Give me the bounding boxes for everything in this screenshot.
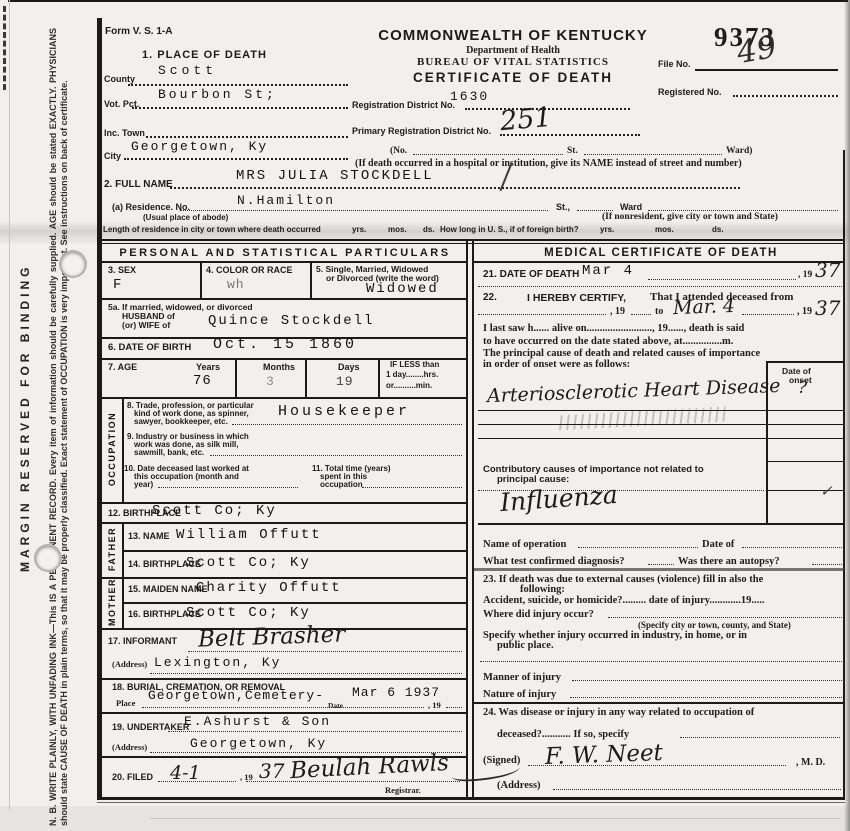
total-time-line (362, 487, 462, 488)
operation-date-label: Date of (702, 539, 734, 550)
row-line (102, 397, 466, 399)
row-line (122, 550, 466, 552)
where-injury-label: Where did injury occur? (483, 609, 594, 620)
manner-injury-line (572, 680, 842, 681)
inc-town-line (146, 136, 348, 138)
cell-line (310, 261, 312, 298)
registered-no-label: Registered No. (658, 87, 722, 97)
residence-ward-line (648, 210, 838, 211)
occupation-strip-line (122, 397, 124, 502)
no-line (413, 154, 563, 155)
row-line (102, 298, 466, 300)
foreign-birth-label: How long in U. S., if of foreign birth? (440, 225, 579, 234)
age-days-label: Days (338, 362, 360, 372)
no-label: (No. (390, 146, 407, 156)
if-less-label-3: or..........min. (386, 381, 432, 390)
city-label: City (104, 151, 121, 161)
registrar-label: Registrar. (385, 785, 421, 795)
certify-to-line (742, 314, 794, 315)
residence-value: N.Hamilton (237, 193, 335, 208)
age-days-value: 19 (336, 374, 354, 389)
signed-line (528, 765, 786, 766)
row-line (102, 522, 466, 524)
father-name-value: William Offutt (176, 527, 322, 543)
residence-st-label: St., (556, 202, 570, 212)
informant-address-value: Lexington, Ky (154, 655, 281, 670)
specify-city-note: (Specify city or town, county, and State… (638, 620, 791, 630)
contributory-onset-value: ✓ (820, 482, 833, 500)
undertaker-line (168, 731, 462, 732)
ds-label-2: ds. (712, 225, 724, 234)
center-divider-1 (466, 239, 468, 797)
registered-no-line (733, 95, 838, 97)
scan-bottom-line (150, 818, 840, 819)
burial-year-label: , 19 (428, 700, 441, 710)
where-injury-line (608, 617, 842, 618)
trade-line (232, 424, 462, 425)
cause-rule-2 (478, 424, 843, 425)
certify-from-19: , 19 (610, 306, 625, 317)
test-line (648, 564, 674, 565)
if-less-label-1: IF LESS than (390, 360, 439, 369)
registrar-signature: Beulah Rawls (289, 750, 449, 784)
row-line (474, 702, 844, 704)
industry-line (210, 455, 462, 456)
burial-date-value: Mar 6 1937 (352, 685, 440, 700)
burial-place-value: Georgetown,Cemetery- (148, 688, 324, 703)
punch-hole-top (61, 252, 85, 276)
sex-label: 3. SEX (108, 265, 136, 275)
table-top-line-2 (97, 243, 845, 244)
age-label: 7. AGE (108, 362, 137, 372)
operation-label: Name of operation (483, 539, 566, 550)
vot-pct-value: Bourbon St; (158, 87, 277, 102)
dod-value: Mar 4 (582, 263, 634, 279)
occupation-side-label: OCCUPATION (107, 409, 117, 489)
dob-label: 6. DATE OF BIRTH (108, 342, 191, 353)
margin-instructions-note: N. B. WRITE PLAINLY, WITH UNFADING INK—T… (48, 28, 70, 826)
md-label: , M. D. (796, 757, 825, 768)
center-divider-2 (472, 239, 474, 797)
onset-rule-1 (766, 461, 843, 462)
full-name-line (170, 187, 740, 189)
cause-rule-4 (478, 523, 843, 525)
manner-injury-label: Manner of injury (483, 672, 561, 683)
row-line (102, 577, 466, 579)
age-months-label: Months (263, 362, 295, 372)
principal-cause-text-1: The principal cause of death and related… (483, 348, 760, 359)
filed-line-1 (158, 781, 236, 782)
last-worked-label-3: year) (134, 480, 153, 489)
reg-district-value: 1630 (450, 89, 489, 104)
st-label: St. (567, 146, 578, 156)
nonresident-note: (If nonresident, give city or town and S… (602, 212, 778, 222)
primary-reg-value: 251 (499, 102, 553, 137)
dob-value: Oct. 15 1860 (213, 336, 357, 353)
residence-label: (a) Residence. No. (112, 202, 190, 212)
filed-line-2 (246, 781, 460, 782)
mother-side-label: MOTHER (107, 577, 117, 627)
row-line (122, 602, 466, 604)
father-bp-value: Scott Co; Ky (186, 555, 311, 571)
yrs-label-2: yrs. (600, 225, 614, 234)
burial-year-line (446, 707, 462, 708)
undertaker-value: E.Ashurst & Son (184, 714, 331, 729)
certificate-title: CERTIFICATE OF DEATH (343, 70, 683, 85)
burial-place-label: Place (116, 698, 135, 708)
dod-19-label: , 19 (798, 270, 812, 280)
occurred-text: to have occurred on the date stated abov… (483, 336, 733, 347)
race-value: wh (227, 277, 245, 292)
certify-from-line (478, 314, 606, 315)
if-less-label-2: 1 day........hrs. (386, 370, 438, 379)
certificate-right-border (843, 150, 845, 797)
burial-line (142, 707, 424, 708)
file-number-written: 49 (734, 29, 779, 71)
trade-label-3: sawyer, bookkeeper, etc. (134, 417, 228, 426)
informant-line (188, 651, 462, 652)
primary-reg-line (500, 134, 640, 136)
binding-marks (3, 6, 6, 90)
external-causes-text-2: following: (520, 584, 565, 595)
certify-to-year: 37 (815, 296, 840, 320)
contributory-value: Influenza (499, 480, 618, 517)
operation-date-line (742, 547, 842, 548)
undertaker-address-value: Georgetown, Ky (190, 736, 327, 751)
margin-binding-note: MARGIN RESERVED FOR BINDING (18, 80, 32, 572)
accident-text: Accident, suicide, or homicide?.........… (483, 595, 765, 606)
informant-label: 17. INFORMANT (108, 636, 177, 646)
mos-label-1: mos. (388, 225, 407, 234)
total-time-label-3: occupation (320, 480, 363, 489)
mother-name-value: Charity Offutt (196, 580, 342, 596)
row-line (474, 261, 844, 263)
city-value: Georgetown, Ky (131, 139, 268, 154)
father-name-label: 13. NAME (128, 531, 170, 541)
abode-note: (Usual place of abode) (143, 213, 228, 222)
certificate-left-border (97, 18, 102, 800)
county-label: County (104, 74, 135, 84)
primary-reg-label: Primary Registration District No. (352, 126, 491, 136)
informant-value: Belt Brasher (198, 621, 346, 652)
place-of-death-heading: 1. PLACE OF DEATH (142, 49, 267, 61)
row-line (102, 261, 466, 263)
cell-line (305, 358, 307, 397)
dod-label: 21. DATE OF DEATH (483, 269, 579, 280)
operation-line (578, 547, 698, 548)
certify-19-line (631, 314, 651, 315)
signed-label: (Signed) (483, 755, 520, 766)
commonwealth-title: COMMONWEALTH OF KENTUCKY (343, 27, 683, 44)
st-line (584, 154, 722, 155)
dod-year-value: 37 (815, 258, 840, 282)
reg-district-label: Registration District No. (352, 100, 455, 110)
marital-value: Widowed (366, 281, 439, 297)
ward-label: Ward) (726, 146, 752, 156)
last-saw-text: I last saw h...... alive on.............… (483, 323, 744, 334)
file-no-label: File No. (658, 59, 691, 69)
row-line (102, 678, 466, 680)
dod-line (648, 279, 796, 280)
cause-of-death-value: Arteriosclerotic Heart Disease (487, 375, 781, 407)
personal-section-title: PERSONAL AND STATISTICAL PARTICULARS (110, 247, 460, 259)
age-years-value: 76 (193, 373, 212, 389)
county-value: Scott (158, 63, 217, 78)
length-residence-label: Length of residence in city or town wher… (103, 225, 321, 234)
file-no-line (695, 69, 838, 71)
physician-address-label: (Address) (497, 780, 541, 791)
filed-year-value: 37 (259, 759, 284, 783)
autopsy-line (812, 564, 842, 565)
death-certificate-scan: MARGIN RESERVED FOR BINDING N. B. WRITE … (0, 0, 850, 831)
residence-line (180, 210, 548, 211)
cause-onset-value: ? (798, 378, 807, 398)
informant-address-line (150, 673, 462, 674)
yrs-label-1: yrs. (352, 225, 366, 234)
separator-dotted-1 (478, 286, 842, 287)
occupation-question-2: deceased?........... If so, specify (497, 729, 629, 740)
last-worked-line (158, 487, 298, 488)
full-name-value: MRS JULIA STOCKDELL (236, 168, 434, 184)
birthplace-value: Scott Co; Ky (152, 503, 277, 519)
medical-section-title: MEDICAL CERTIFICATE OF DEATH (486, 247, 836, 259)
informant-address-label: (Address) (112, 659, 147, 669)
form-number: Form V. S. 1-A (105, 26, 172, 37)
ds-label-1: ds. (423, 225, 435, 234)
certify-to-19: , 19 (797, 306, 812, 317)
test-label: What test confirmed diagnosis? (483, 556, 624, 567)
county-line (128, 84, 348, 86)
spouse-value: Quince Stockdell (208, 313, 374, 329)
trade-value: Housekeeper (278, 403, 410, 420)
certify-bold-text: I HEREBY CERTIFY, (527, 292, 626, 304)
onset-box-top-line (766, 361, 843, 363)
if-so-specify-line (680, 737, 840, 738)
father-side-label: FATHER (107, 524, 117, 574)
cell-line (378, 358, 380, 397)
bureau-subtitle: BUREAU OF VITAL STATISTICS (343, 56, 683, 68)
attended-to-value: Mar. 4 (673, 295, 736, 319)
residence-st-line (577, 210, 613, 211)
nature-injury-label: Nature of injury (483, 689, 556, 700)
department-subtitle: Department of Health (343, 45, 683, 56)
full-name-label: 2. FULL NAME (104, 179, 173, 190)
certify-number: 22. (483, 292, 497, 303)
filed-label: 20. FILED (112, 772, 153, 782)
cell-line (235, 358, 237, 397)
physician-address-line (553, 789, 841, 790)
industry-label-3: sawmill, bank, etc. (134, 448, 204, 457)
spouse-label-3: (or) WIFE of (122, 320, 170, 330)
punch-hole-bottom (36, 546, 60, 570)
mos-label-2: mos. (655, 225, 674, 234)
occupation-question-1: 24. Was disease or injury in any way rel… (483, 707, 754, 718)
table-top-line-1 (97, 239, 845, 241)
sex-value: F (113, 277, 122, 293)
page-edge-line (9, 0, 10, 810)
residence-ward-label: Ward (620, 202, 642, 212)
nature-injury-line (570, 697, 842, 698)
bottom-border-1 (97, 797, 845, 800)
autopsy-label: Was there an autopsy? (678, 556, 780, 567)
city-line (124, 158, 348, 160)
principal-cause-text-2: in order of onset were as follows: (483, 359, 630, 370)
cause-rule-3 (478, 438, 843, 439)
inc-town-label: Inc. Town (104, 128, 145, 138)
vot-pct-line (132, 107, 348, 109)
undertaker-address-label: (Address) (112, 742, 147, 752)
age-months-value: 3 (266, 374, 275, 389)
bottom-border-2 (97, 802, 845, 803)
certify-to-label: to (655, 306, 663, 317)
race-label: 4. COLOR OR RACE (206, 265, 293, 275)
mother-bp-value: Scott Co; Ky (186, 605, 311, 621)
scan-top-line (8, 0, 848, 2)
specify-line (480, 661, 842, 662)
section-thick-line (474, 568, 844, 571)
age-years-label: Years (196, 362, 220, 372)
burial-date-label: Date (328, 701, 343, 710)
cell-line (200, 261, 202, 298)
specify-text-2: public place. (497, 640, 554, 651)
